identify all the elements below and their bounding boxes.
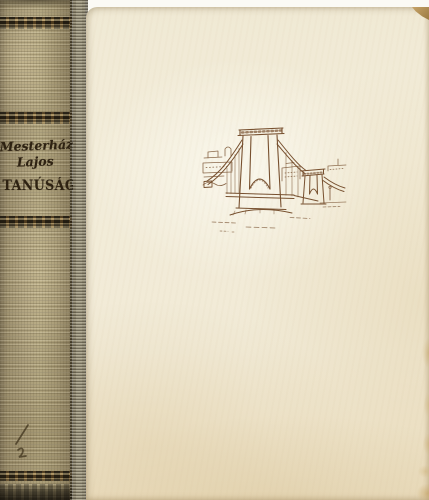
spine-band <box>0 216 72 228</box>
spine-author-name: Mesterházi Lajos <box>0 137 71 172</box>
sketch-right-buildings <box>328 159 346 171</box>
cover-corner-wear <box>401 456 429 500</box>
spine-handwritten-mark <box>8 422 38 466</box>
spine-title: TANÚSÁG <box>2 178 67 194</box>
sketch-figure <box>329 186 331 200</box>
book-photo: Mesterházi Lajos TANÚSÁG <box>0 0 429 500</box>
book-spine: Mesterházi Lajos TANÚSÁG <box>0 0 72 500</box>
spine-author-line1: Mesterházi <box>0 137 70 156</box>
cover-edge-wear <box>417 327 429 457</box>
sketch-mid-building <box>282 163 300 182</box>
spine-author-line2: Lajos <box>0 153 71 172</box>
spine-band <box>0 471 72 481</box>
sketch-chains-left <box>204 140 243 194</box>
sketch-main-tower <box>238 128 284 208</box>
chain-bridge-illustration <box>202 121 350 234</box>
sketch-water-lines <box>212 202 346 232</box>
sketch-chains-right <box>277 140 306 197</box>
spine-text-block: Mesterházi Lajos TANÚSÁG <box>0 138 70 194</box>
spine-band <box>0 17 72 29</box>
spine-tail-shadow <box>0 484 72 500</box>
book-cover <box>86 7 429 500</box>
spine-headcap-shadow <box>0 0 72 9</box>
cover-corner-wear <box>412 7 429 20</box>
spine-band <box>0 112 72 124</box>
